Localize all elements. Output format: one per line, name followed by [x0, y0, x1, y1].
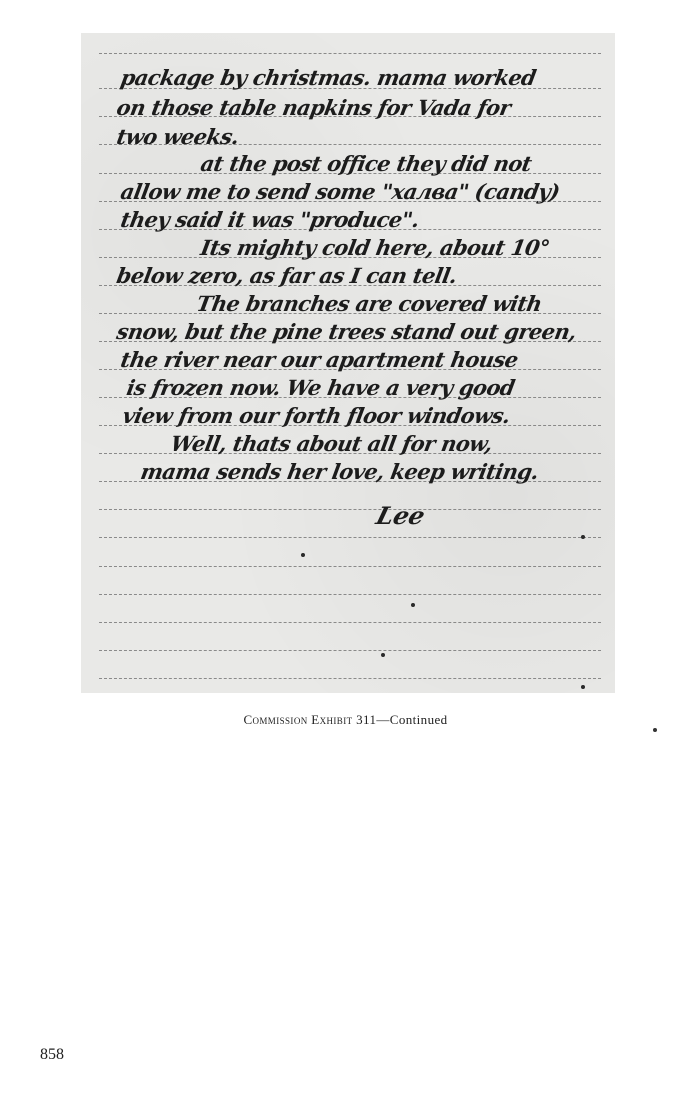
caption-title: Commission Exhibit 311 — [243, 712, 376, 727]
ruled-line — [99, 509, 601, 510]
ruled-line — [99, 650, 601, 651]
letter-line: two weeks. — [115, 124, 241, 149]
ruled-line — [99, 53, 601, 54]
handwritten-letter-photo: package by christmas. mama worked on tho… — [81, 33, 615, 693]
letter-line: the river near our apartment house — [119, 347, 520, 372]
letter-line: they said it was "produce". — [119, 207, 421, 232]
letter-line: is frozen now. We have a very good — [125, 375, 517, 400]
letter-line: below zero, as far as I can tell. — [115, 263, 459, 288]
signature: Lee — [373, 501, 428, 530]
caption-suffix: —Continued — [376, 712, 447, 727]
letter-line: view from our forth floor windows. — [121, 403, 512, 428]
letter-line: allow me to send some "халва" (candy) — [119, 179, 562, 204]
letter-line: on those table napkins for Vada for — [115, 95, 513, 120]
ink-speck — [411, 603, 415, 607]
stray-mark — [653, 728, 657, 732]
ruled-line — [99, 594, 601, 595]
ruled-line — [99, 622, 601, 623]
ruled-line — [99, 537, 601, 538]
letter-line: at the post office they did not — [199, 151, 534, 176]
letter-line: The branches are covered with — [195, 291, 544, 316]
letter-line: snow, but the pine trees stand out green… — [115, 319, 578, 344]
letter-line: package by christmas. mama worked — [119, 65, 538, 90]
ink-speck — [301, 553, 305, 557]
letter-line: mama sends her love, keep writing. — [139, 459, 541, 484]
page-number: 858 — [40, 1046, 64, 1064]
letter-line: Well, thats about all for now, — [169, 431, 494, 456]
ruled-line — [99, 566, 601, 567]
ink-speck — [381, 653, 385, 657]
ink-speck — [581, 685, 585, 689]
ruled-line — [99, 678, 601, 679]
letter-line: Its mighty cold here, about 10° — [199, 235, 552, 260]
exhibit-caption: Commission Exhibit 311—Continued — [0, 712, 691, 728]
ink-speck — [581, 535, 585, 539]
